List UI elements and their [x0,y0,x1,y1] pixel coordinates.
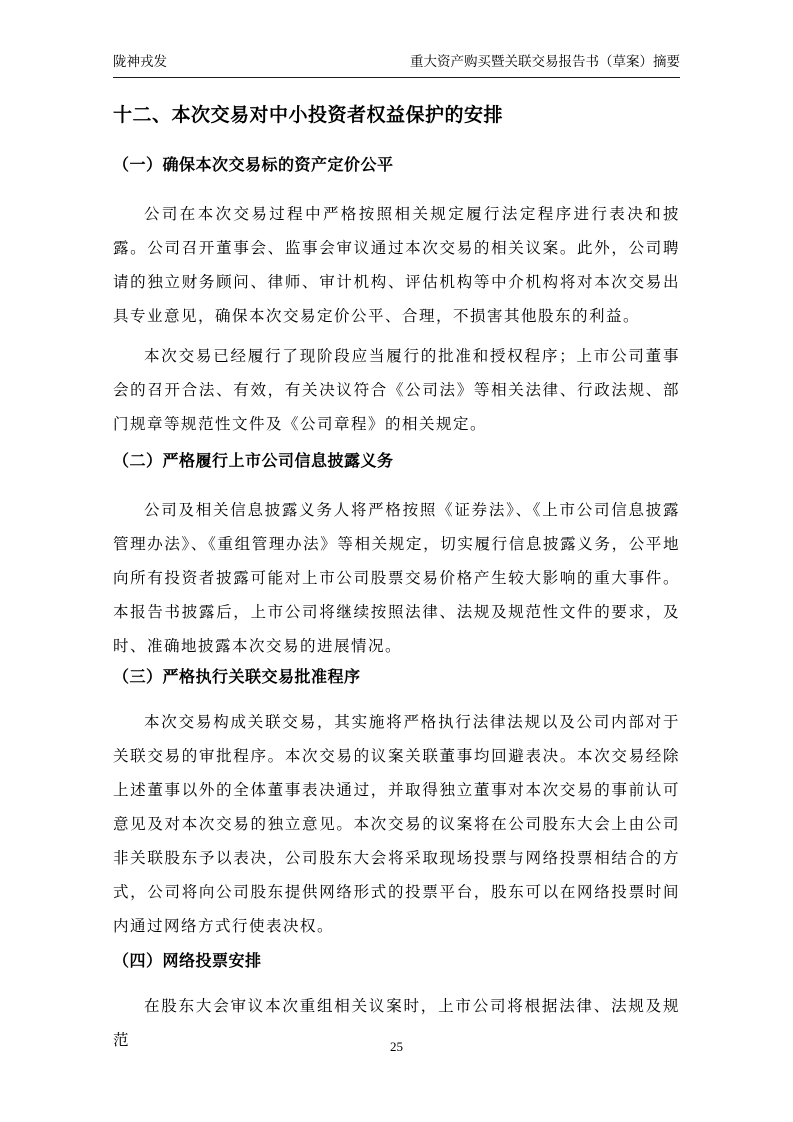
page-header: 陇神戎发 重大资产购买暨关联交易报告书（草案）摘要 [113,52,680,78]
page-number: 25 [0,1038,793,1056]
document-content: 陇神戎发 重大资产购买暨关联交易报告书（草案）摘要 十二、本次交易对中小投资者权… [113,0,680,1058]
section-heading-2: （二）严格履行上市公司信息披露义务 [113,450,680,474]
document-page: 陇神戎发 重大资产购买暨关联交易报告书（草案）摘要 十二、本次交易对中小投资者权… [0,0,793,1122]
section-heading-3: （三）严格执行关联交易批准程序 [113,666,680,690]
header-company-name: 陇神戎发 [113,52,167,71]
paragraph: 本次交易已经履行了现阶段应当履行的批准和授权程序；上市公司董事会的召开合法、有效… [113,340,680,442]
chapter-title: 十二、本次交易对中小投资者权益保护的安排 [113,102,680,130]
section-heading-1: （一）确保本次交易标的资产定价公平 [113,154,680,178]
paragraph: 本次交易构成关联交易，其实施将严格执行法律法规以及公司内部对于关联交易的审批程序… [113,706,680,944]
section-heading-4: （四）网络投票安排 [113,950,680,974]
header-document-title: 重大资产购买暨关联交易报告书（草案）摘要 [410,52,680,71]
paragraph: 公司在本次交易过程中严格按照相关规定履行法定程序进行表决和披露。公司召开董事会、… [113,198,680,334]
paragraph: 公司及相关信息披露义务人将严格按照《证券法》、《上市公司信息披露管理办法》、《重… [113,494,680,664]
